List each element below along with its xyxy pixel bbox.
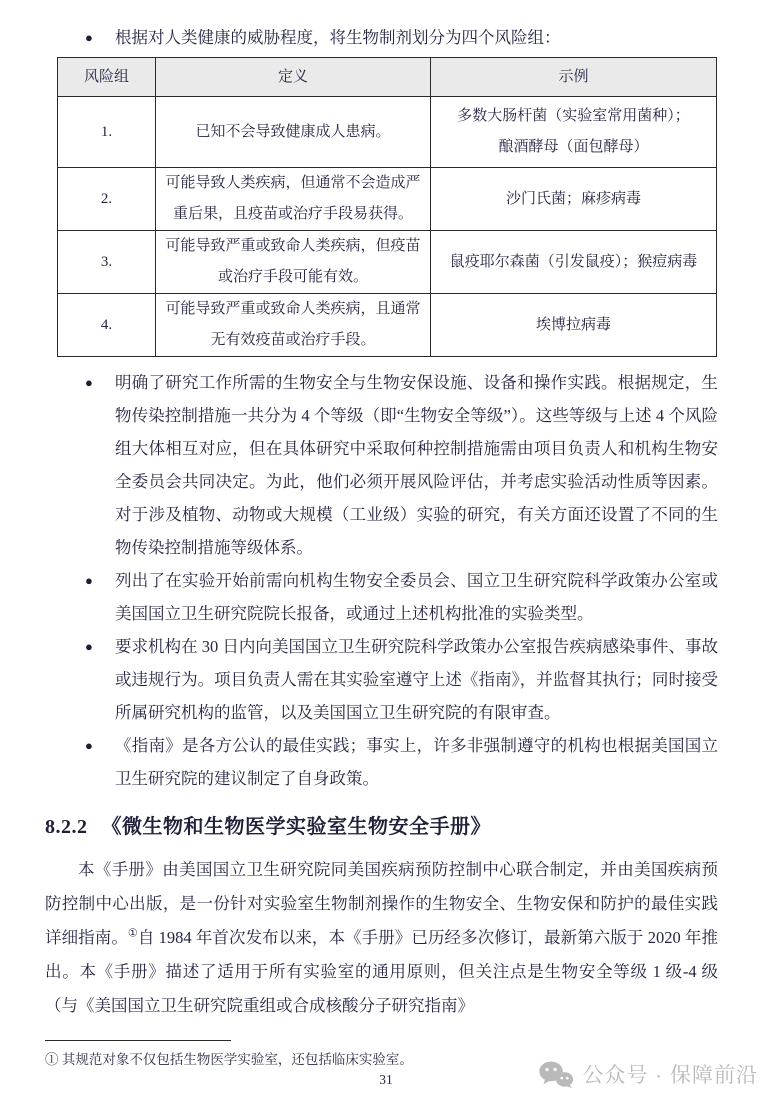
list-item: ● 《指南》是各方公认的最佳实践；事实上，许多非强制遵守的机构也根据美国国立卫生… <box>45 729 718 795</box>
footnote-reference: ① <box>128 928 138 940</box>
cell-examples: 鼠疫耶尔森菌（引发鼠疫）；猴痘病毒 <box>431 231 717 294</box>
bullet-icon: ● <box>85 366 115 399</box>
cell-group: 4. <box>58 294 156 357</box>
table-row: 4. 可能导致严重或致命人类疾病，且通常无有效疫苗或治疗手段。 埃博拉病毒 <box>58 294 717 357</box>
cell-definition: 可能导致严重或致命人类疾病，且通常无有效疫苗或治疗手段。 <box>156 294 431 357</box>
cell-definition: 可能导致严重或致命人类疾病，但疫苗或治疗手段可能有效。 <box>156 231 431 294</box>
bullet-text: 明确了研究工作所需的生物安全与生物安保设施、设备和操作实践。根据规定，生物传染控… <box>115 366 718 564</box>
header-definition: 定义 <box>156 58 431 97</box>
bullet-icon: ● <box>85 564 115 597</box>
page-content: ● 根据对人类健康的威胁程度，将生物制剂划分为四个风险组： 风险组 定义 示例 … <box>45 26 718 1071</box>
cell-group: 3. <box>58 231 156 294</box>
document-page: { "colors": { "text": "#252543", "table_… <box>0 0 772 1101</box>
cell-definition: 可能导致人类疾病，但通常不会造成严重后果，且疫苗或治疗手段易获得。 <box>156 168 431 231</box>
cell-examples: 多数大肠杆菌（实验室常用菌种）； 酿酒酵母（面包酵母） <box>431 97 717 168</box>
section-heading: 8.2.2《微生物和生物医学实验室生物安全手册》 <box>45 810 718 839</box>
header-examples: 示例 <box>431 58 717 97</box>
cell-examples: 沙门氏菌；麻疹病毒 <box>431 168 717 231</box>
watermark: 公众号 · 保障前沿 <box>538 1059 758 1089</box>
bullet-text: 列出了在实验开始前需向机构生物安全委员会、国立卫生研究院科学政策办公室或美国国立… <box>115 564 718 630</box>
intro-bullet: ● 根据对人类健康的威胁程度，将生物制剂划分为四个风险组： <box>45 26 718 50</box>
cell-examples: 埃博拉病毒 <box>431 294 717 357</box>
cell-group: 1. <box>58 97 156 168</box>
risk-group-table: 风险组 定义 示例 1. 已知不会导致健康成人患病。 多数大肠杆菌（实验室常用菌… <box>57 57 717 357</box>
table-header-row: 风险组 定义 示例 <box>58 58 717 97</box>
bullet-icon: ● <box>85 630 115 663</box>
bullet-icon: ● <box>85 729 115 762</box>
watermark-label: 公众号 · 保障前沿 <box>582 1059 758 1089</box>
list-item: ● 明确了研究工作所需的生物安全与生物安保设施、设备和操作实践。根据规定，生物传… <box>45 366 718 564</box>
bullet-text: 要求机构在 30 日内向美国国立卫生研究院科学政策办公室报告疾病感染事件、事故或… <box>115 630 718 729</box>
table-row: 1. 已知不会导致健康成人患病。 多数大肠杆菌（实验室常用菌种）； 酿酒酵母（面… <box>58 97 717 168</box>
table-row: 2. 可能导致人类疾病，但通常不会造成严重后果，且疫苗或治疗手段易获得。 沙门氏… <box>58 168 717 231</box>
bullet-icon: ● <box>85 26 115 50</box>
bullet-list: ● 明确了研究工作所需的生物安全与生物安保设施、设备和操作实践。根据规定，生物传… <box>45 366 718 795</box>
example-line: 酿酒酵母（面包酵母） <box>435 132 712 163</box>
wechat-icon <box>538 1060 574 1089</box>
section-title: 《微生物和生物医学实验室生物安全手册》 <box>102 816 492 838</box>
list-item: ● 要求机构在 30 日内向美国国立卫生研究院科学政策办公室报告疾病感染事件、事… <box>45 630 718 729</box>
cell-definition: 已知不会导致健康成人患病。 <box>156 97 431 168</box>
section-paragraph: 本《手册》由美国国立卫生研究院同美国疾病预防控制中心联合制定，并由美国疾病预防控… <box>45 853 718 1023</box>
footnote-divider <box>45 1040 231 1041</box>
list-item: ● 列出了在实验开始前需向机构生物安全委员会、国立卫生研究院科学政策办公室或美国… <box>45 564 718 630</box>
table-row: 3. 可能导致严重或致命人类疾病，但疫苗或治疗手段可能有效。 鼠疫耶尔森菌（引发… <box>58 231 717 294</box>
section-number: 8.2.2 <box>45 816 88 838</box>
bullet-text: 《指南》是各方公认的最佳实践；事实上，许多非强制遵守的机构也根据美国国立卫生研究… <box>115 729 718 795</box>
header-risk-group: 风险组 <box>58 58 156 97</box>
example-line: 多数大肠杆菌（实验室常用菌种）； <box>435 101 712 132</box>
intro-bullet-text: 根据对人类健康的威胁程度，将生物制剂划分为四个风险组： <box>115 26 718 50</box>
paragraph-text: 自 1984 年首次发布以来，本《手册》已历经多次修订，最新第六版于 2020 … <box>45 928 718 1015</box>
cell-group: 2. <box>58 168 156 231</box>
